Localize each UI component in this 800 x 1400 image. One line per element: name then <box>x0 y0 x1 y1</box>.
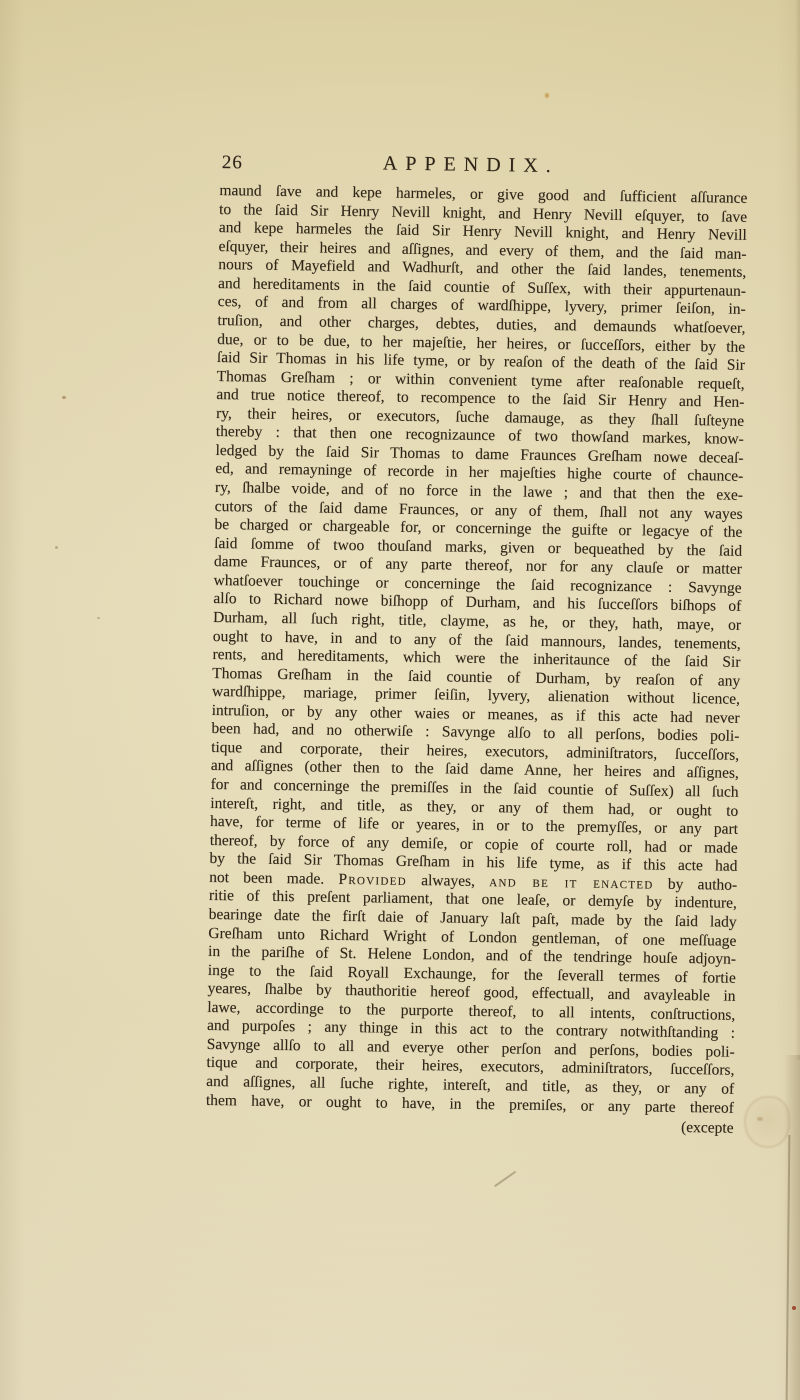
page-title: APPENDIX. <box>220 150 722 180</box>
paper-speck <box>55 546 58 549</box>
text-segment: alwayes, <box>407 872 490 890</box>
smallcaps-phrase: Provided <box>338 871 407 889</box>
page-content: 26 APPENDIX. maund ſave and kepe harmele… <box>205 150 747 1138</box>
smallcaps-phrase: and be it enacted <box>489 873 654 892</box>
paper-speck <box>97 617 100 619</box>
book-page: 26 APPENDIX. maund ſave and kepe harmele… <box>0 0 800 1400</box>
paper-speck <box>545 93 549 98</box>
paper-stain <box>744 1096 790 1148</box>
paper-speck <box>757 1117 763 1121</box>
red-speck <box>792 1306 796 1310</box>
page-edge-shadow-upper <box>795 0 800 1060</box>
scratch-mark <box>494 1171 516 1187</box>
text-segment: not been made. <box>209 869 338 888</box>
text-segment: by autho- <box>653 875 737 893</box>
page-header: 26 APPENDIX. <box>220 150 748 182</box>
text-block: maund ſave and kepe harmeles, or give go… <box>206 182 748 1118</box>
paper-speck <box>62 396 66 399</box>
